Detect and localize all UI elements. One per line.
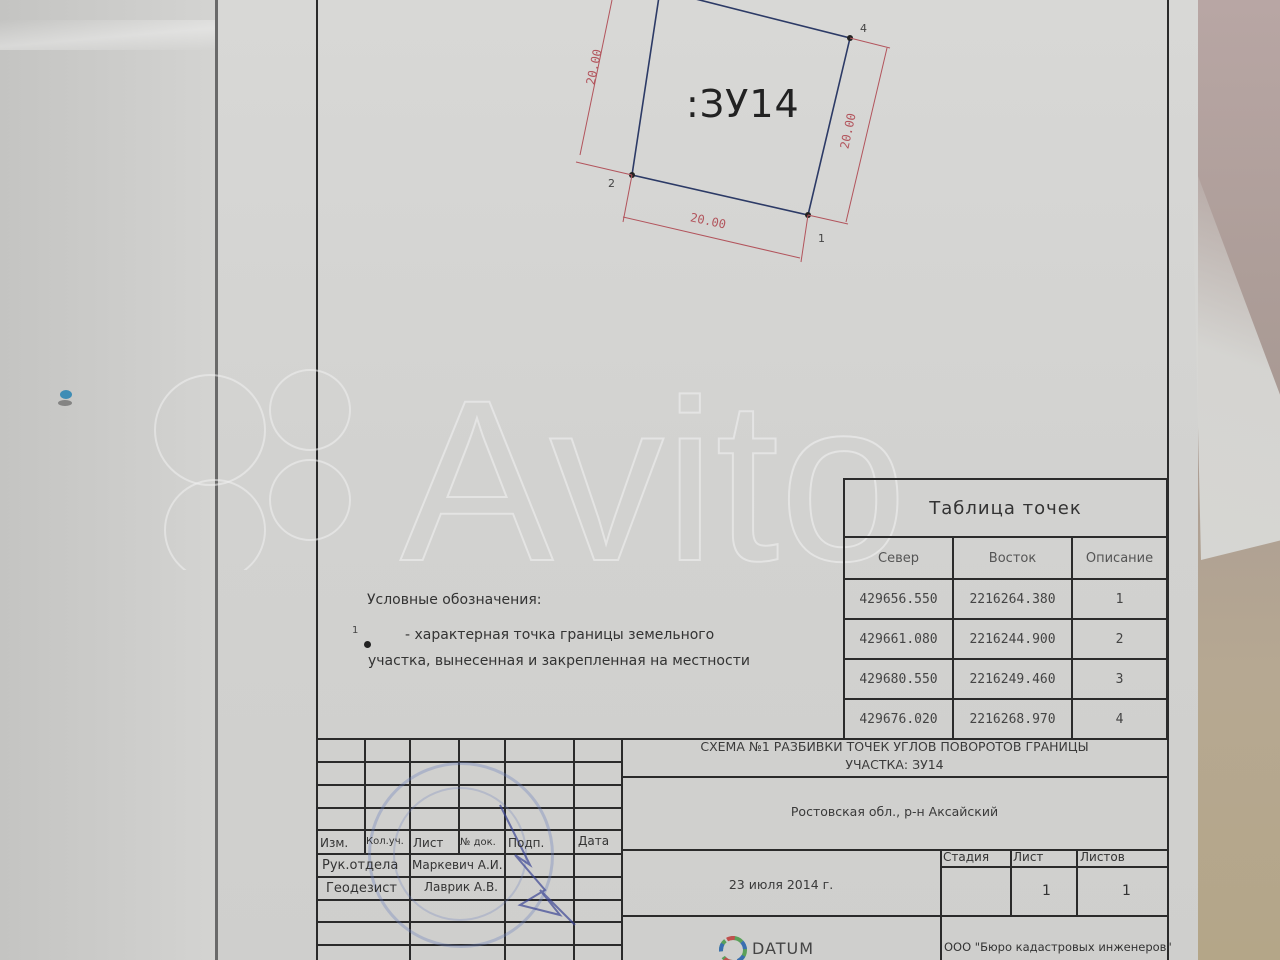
col-header-change: Изм. [320, 836, 348, 850]
cell-description: 2 [1072, 619, 1167, 659]
cell-east: 2216244.900 [953, 619, 1072, 659]
ink-mark [60, 390, 72, 399]
role-department-head: Рук.отдела [322, 858, 398, 873]
cell-north: 429661.080 [844, 619, 953, 659]
drawing-frame-left [316, 0, 318, 960]
scheme-title-line2: УЧАСТКА: ЗУ14 [622, 756, 1167, 774]
col-header-sheet: Лист [413, 836, 443, 850]
table-row: 429661.080 2216244.900 2 [844, 619, 1167, 659]
point-label-2: 2 [608, 177, 615, 190]
sheets-value: 1 [1122, 883, 1131, 899]
table-row: 429656.550 2216264.380 1 [844, 579, 1167, 619]
table-row: 429676.020 2216268.970 4 [844, 699, 1167, 739]
point-label-1: 1 [818, 232, 825, 245]
col-header-count: Кол.уч. [366, 836, 404, 847]
company-name: ООО "Бюро кадастровых инженеров" [944, 940, 1172, 954]
document-date: 23 июля 2014 г. [622, 877, 940, 892]
legend-description-line2: участка, вынесенная и закрепленная на ме… [368, 653, 750, 669]
sheets-label: Листов [1080, 850, 1125, 864]
table-caption: Таблица точек [844, 479, 1167, 537]
cell-north: 429680.550 [844, 659, 953, 699]
table-row: 429680.550 2216249.460 3 [844, 659, 1167, 699]
legend-marker-number: 1 [352, 625, 358, 636]
scheme-title-line1: СХЕМА №1 РАЗБИВКИ ТОЧЕК УГЛОВ ПОВОРОТОВ … [622, 738, 1167, 756]
ink-mark-shadow [58, 400, 72, 406]
cell-description: 1 [1072, 579, 1167, 619]
plot-id-label: :ЗУ14 [686, 82, 800, 126]
cell-description: 3 [1072, 659, 1167, 699]
sheet-label: Лист [1013, 850, 1043, 864]
address: Ростовская обл., р-н Аксайский [622, 804, 1167, 819]
role-surveyor: Геодезист [326, 881, 397, 896]
sheet-value: 1 [1042, 883, 1051, 899]
name-surveyor: Лаврик А.В. [424, 880, 498, 894]
cell-north: 429676.020 [844, 699, 953, 739]
legend-description-line1: - характерная точка границы земельного [405, 627, 714, 643]
col-header-date: Дата [578, 834, 609, 848]
scheme-title: СХЕМА №1 РАЗБИВКИ ТОЧЕК УГЛОВ ПОВОРОТОВ … [622, 738, 1167, 774]
name-department-head: Маркевич А.И. [412, 858, 503, 872]
col-header-doc-number: № док. [460, 837, 496, 848]
stage-label: Стадия [943, 850, 989, 864]
cell-north: 429656.550 [844, 579, 953, 619]
adjacent-page [0, 0, 218, 960]
cell-east: 2216268.970 [953, 699, 1072, 739]
plot-drawing [560, 0, 920, 270]
plastic-sleeve-glare [0, 20, 215, 50]
datum-logo-text: DATUM [752, 939, 814, 958]
cell-east: 2216249.460 [953, 659, 1072, 699]
cell-east: 2216264.380 [953, 579, 1072, 619]
legend-title: Условные обозначения: [367, 592, 541, 608]
datum-logo-icon [716, 932, 750, 960]
col-header-signature: Подп. [508, 836, 544, 850]
signature [490, 795, 580, 935]
column-header-east: Восток [953, 537, 1072, 579]
points-table: Таблица точек Север Восток Описание 4296… [843, 478, 1168, 740]
cell-description: 4 [1072, 699, 1167, 739]
column-header-description: Описание [1072, 537, 1167, 579]
boundary-point-icon [364, 641, 371, 648]
point-label-4: 4 [860, 22, 867, 35]
column-header-north: Север [844, 537, 953, 579]
